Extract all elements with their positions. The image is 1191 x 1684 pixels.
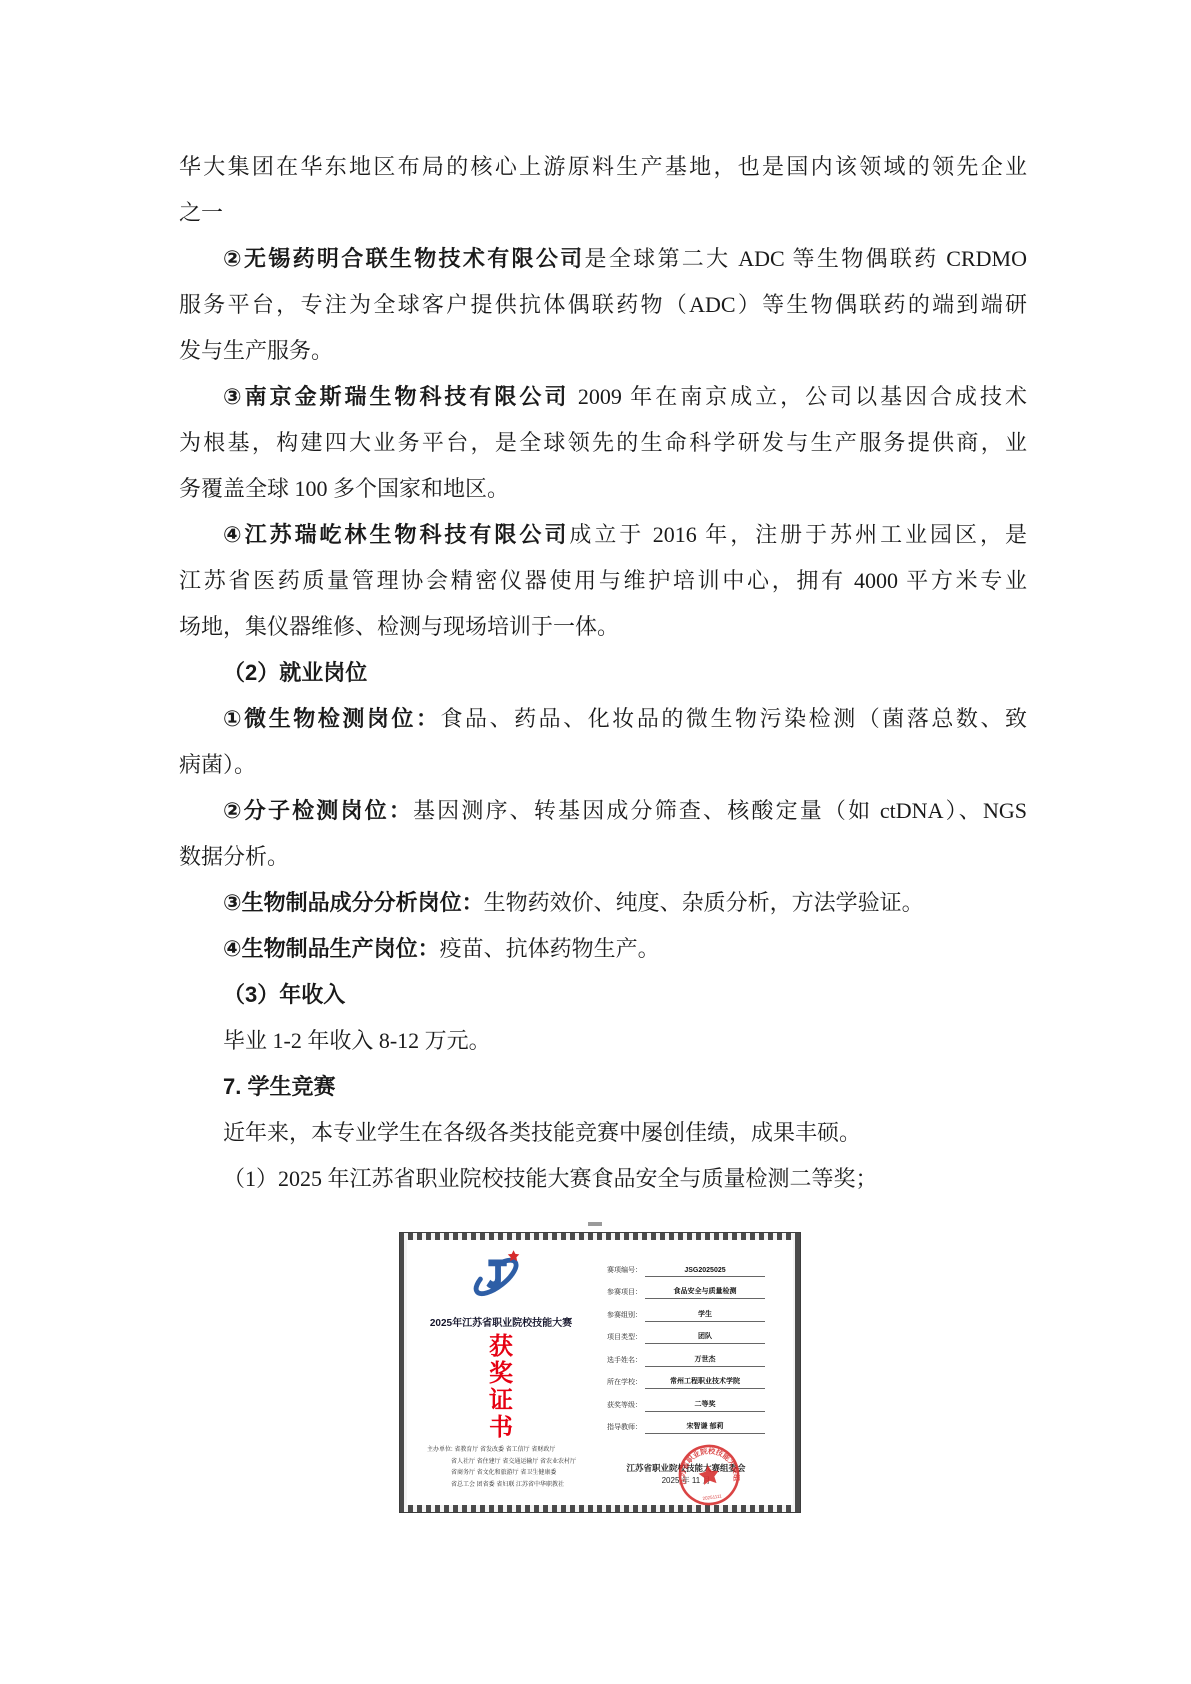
text-segment: 华大集团在华东地区布局的核心上游原料生产基地，也是国内该领域的领先企业 — [179, 154, 1027, 179]
text-line: 务覆盖全球 100 多个国家和地区。 — [179, 466, 1027, 512]
text-line: 华大集团在华东地区布局的核心上游原料生产基地，也是国内该领域的领先企业 — [179, 144, 1027, 190]
text-line: 毕业 1-2 年收入 8-12 万元。 — [179, 1018, 1027, 1064]
text-line: 江苏省医药质量管理协会精密仪器使用与维护培训中心，拥有 4000 平方米专业 — [179, 558, 1027, 604]
text-line: ③南京金斯瑞生物科技有限公司 2009 年在南京成立，公司以基因合成技术 — [179, 374, 1027, 420]
certificate-field-row: 获奖等级：二等奖 — [607, 1389, 765, 1412]
bold-text-segment: ③南京金斯瑞生物科技有限公司 — [223, 384, 569, 409]
certificate-fields: 赛项编号：JSG2025025参赛项目：食品安全与质量检测参赛组别：学生项目类型… — [607, 1254, 765, 1434]
field-label: 赛项编号： — [607, 1265, 642, 1277]
text-line: 发与生产服务。 — [179, 328, 1027, 374]
organizer-line: 主办单位: 省教育厅 省发改委 省工信厅 省财政厅 — [427, 1445, 599, 1457]
text-line: （3）年收入 — [179, 972, 1027, 1018]
organizer-line: 省商务厅 省文化和旅游厅 省卫生健康委 — [427, 1468, 599, 1480]
certificate-field-row: 项目类型：团队 — [607, 1322, 765, 1345]
field-label: 选手姓名： — [607, 1355, 642, 1367]
bold-text-segment: ②无锡药明合联生物技术有限公司 — [223, 246, 585, 271]
field-value: 常州工程职业技术学院 — [645, 1376, 765, 1389]
text-line: 场地，集仪器维修、检测与现场培训于一体。 — [179, 604, 1027, 650]
award-char: 获 — [407, 1333, 595, 1360]
bold-text-segment: （2）就业岗位 — [223, 660, 367, 685]
text-segment: 疫苗、抗体药物生产。 — [440, 936, 660, 961]
text-line: ③生物制品成分分析岗位：生物药效价、纯度、杂质分析，方法学验证。 — [179, 880, 1027, 926]
field-value: 团队 — [645, 1331, 765, 1344]
text-line: 7. 学生竞赛 — [179, 1064, 1027, 1110]
certificate-field-row: 选手姓名：万世杰 — [607, 1344, 765, 1367]
text-segment: 发与生产服务。 — [179, 338, 333, 363]
text-segment: （1）2025 年江苏省职业院校技能大赛食品安全与质量检测二等奖； — [223, 1166, 878, 1191]
field-value: 学生 — [645, 1309, 765, 1322]
official-seal-icon: 江苏省职业院校技能大赛组委会 20251111 — [677, 1443, 741, 1507]
text-line: 服务平台，专注为全球客户提供抗体偶联药物（ADC）等生物偶联药的端到端研 — [179, 282, 1027, 328]
award-title-vertical: 获奖证书 — [407, 1333, 595, 1441]
text-segment: 毕业 1-2 年收入 8-12 万元。 — [223, 1028, 491, 1053]
certificate-inner: 2025年江苏省职业院校技能大赛 获奖证书 主办单位: 省教育厅 省发改委 省工… — [407, 1240, 793, 1505]
field-label: 参赛组别： — [607, 1310, 642, 1322]
text-segment: 近年来，本专业学生在各级各类技能竞赛中屡创佳绩，成果丰硕。 — [223, 1120, 861, 1145]
text-segment: 是全球第二大 ADC 等生物偶联药 CRDMO — [585, 246, 1028, 271]
award-char: 证 — [407, 1387, 595, 1414]
competition-logo-icon — [470, 1246, 528, 1302]
field-label: 获奖等级： — [607, 1400, 642, 1412]
text-segment: 生物药效价、纯度、杂质分析，方法学验证。 — [484, 890, 924, 915]
bold-text-segment: ④江苏瑞屹林生物科技有限公司 — [223, 522, 569, 547]
field-value: 宋智谦 郁莉 — [645, 1421, 765, 1434]
bold-text-segment: ②分子检测岗位： — [223, 798, 413, 823]
bold-text-segment: ①微生物检测岗位： — [223, 706, 441, 731]
text-segment: 食品、药品、化妆品的微生物污染检测（菌落总数、致 — [441, 706, 1027, 731]
certificate-field-row: 参赛组别：学生 — [607, 1299, 765, 1322]
text-line: （2）就业岗位 — [179, 650, 1027, 696]
svg-text:20251111: 20251111 — [702, 1493, 722, 1501]
field-value: 二等奖 — [645, 1399, 765, 1412]
field-value: JSG2025025 — [645, 1267, 765, 1277]
text-segment: 2009 年在南京成立，公司以基因合成技术 — [569, 384, 1027, 409]
text-line: ①微生物检测岗位：食品、药品、化妆品的微生物污染检测（菌落总数、致 — [179, 696, 1027, 742]
text-segment: 病菌）。 — [179, 752, 256, 777]
document-text: 华大集团在华东地区布局的核心上游原料生产基地，也是国内该领域的领先企业之一②无锡… — [179, 144, 1027, 1202]
organizer-line: 省人社厅 省住建厅 省交通运输厅 省农业农村厅 — [427, 1457, 599, 1469]
field-value: 万世杰 — [645, 1354, 765, 1367]
text-line: 为根基，构建四大业务平台，是全球领先的生命科学研发与生产服务提供商，业 — [179, 420, 1027, 466]
text-line: 之一 — [179, 190, 1027, 236]
bold-text-segment: 7. 学生竞赛 — [223, 1074, 335, 1099]
text-line: ④江苏瑞屹林生物科技有限公司成立于 2016 年，注册于苏州工业园区，是 — [179, 512, 1027, 558]
text-segment: 成立于 2016 年，注册于苏州工业园区，是 — [569, 522, 1027, 547]
text-segment: 基因测序、转基因成分筛查、核酸定量（如 ctDNA）、NGS — [413, 798, 1027, 823]
award-char: 书 — [407, 1414, 595, 1441]
certificate-field-row: 所在学校：常州工程职业技术学院 — [607, 1367, 765, 1390]
certificate-title: 2025年江苏省职业院校技能大赛 — [409, 1314, 593, 1329]
field-label: 项目类型： — [607, 1332, 642, 1344]
bold-text-segment: ③生物制品成分分析岗位： — [223, 890, 484, 915]
anchor-dash — [588, 1222, 602, 1226]
text-line: ②无锡药明合联生物技术有限公司是全球第二大 ADC 等生物偶联药 CRDMO — [179, 236, 1027, 282]
text-segment: 为根基，构建四大业务平台，是全球领先的生命科学研发与生产服务提供商，业 — [179, 430, 1027, 455]
certificate-image: 2025年江苏省职业院校技能大赛 获奖证书 主办单位: 省教育厅 省发改委 省工… — [399, 1232, 801, 1513]
text-line: 数据分析。 — [179, 834, 1027, 880]
text-line: 近年来，本专业学生在各级各类技能竞赛中屡创佳绩，成果丰硕。 — [179, 1110, 1027, 1156]
text-line: ④生物制品生产岗位：疫苗、抗体药物生产。 — [179, 926, 1027, 972]
field-label: 指导教师： — [607, 1422, 642, 1434]
text-segment: 场地，集仪器维修、检测与现场培训于一体。 — [179, 614, 619, 639]
text-segment: 之一 — [179, 200, 223, 225]
certificate-field-row: 参赛项目：食品安全与质量检测 — [607, 1277, 765, 1300]
bold-text-segment: ④生物制品生产岗位： — [223, 936, 440, 961]
organizer-list: 主办单位: 省教育厅 省发改委 省工信厅 省财政厅省人社厅 省住建厅 省交通运输… — [427, 1445, 599, 1491]
certificate-field-row: 指导教师：宋智谦 郁莉 — [607, 1412, 765, 1435]
organizer-line: 省总工会 团省委 省妇联 江苏省中华职教社 — [427, 1480, 599, 1492]
text-line: ②分子检测岗位：基因测序、转基因成分筛查、核酸定量（如 ctDNA）、NGS — [179, 788, 1027, 834]
text-line: 病菌）。 — [179, 742, 1027, 788]
field-value: 食品安全与质量检测 — [645, 1286, 765, 1299]
text-segment: 江苏省医药质量管理协会精密仪器使用与维护培训中心，拥有 4000 平方米专业 — [179, 568, 1027, 593]
field-label: 所在学校： — [607, 1377, 642, 1389]
award-char: 奖 — [407, 1360, 595, 1387]
text-line: （1）2025 年江苏省职业院校技能大赛食品安全与质量检测二等奖； — [179, 1156, 1027, 1202]
document-page: 华大集团在华东地区布局的核心上游原料生产基地，也是国内该领域的领先企业之一②无锡… — [0, 0, 1191, 1684]
field-label: 参赛项目： — [607, 1287, 642, 1299]
certificate-field-row: 赛项编号：JSG2025025 — [607, 1254, 765, 1277]
text-segment: 数据分析。 — [179, 844, 289, 869]
bold-text-segment: （3）年收入 — [223, 982, 345, 1007]
text-segment: 务覆盖全球 100 多个国家和地区。 — [179, 476, 509, 501]
text-segment: 服务平台，专注为全球客户提供抗体偶联药物（ADC）等生物偶联药的端到端研 — [179, 292, 1027, 317]
